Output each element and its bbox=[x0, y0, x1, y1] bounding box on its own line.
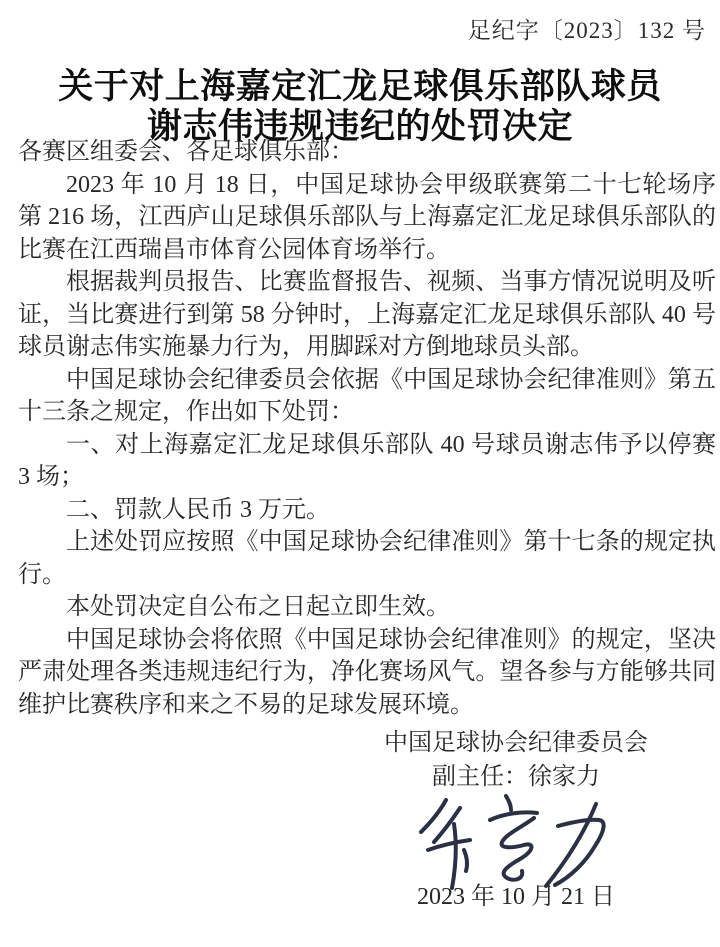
salutation-line: 各赛区组委会、各足球俱乐部： bbox=[18, 136, 716, 169]
paragraph-enforcement-rule: 上述处罚应按照《中国足球协会纪律准则》第十七条的规定执行。 bbox=[18, 526, 716, 591]
paragraph-effective-date: 本处罚决定自公布之日起立即生效。 bbox=[18, 591, 716, 624]
disciplinary-decision-document: 足纪字〔2023〕132 号 关于对上海嘉定汇龙足球俱乐部队球员 谢志伟违规违纪… bbox=[0, 0, 720, 947]
paragraph-penalty-item-1: 一、对上海嘉定汇龙足球俱乐部队 40 号球员谢志伟予以停赛 3 场； bbox=[18, 429, 716, 494]
document-title-line-1: 关于对上海嘉定汇龙足球俱乐部队球员 bbox=[0, 67, 720, 107]
signature-block: 中国足球协会纪律委员会 副主任：徐家力 2023 年 10 月 21 日 bbox=[366, 726, 666, 912]
handwritten-signature bbox=[366, 794, 666, 892]
document-body: 各赛区组委会、各足球俱乐部： 2023 年 10 月 18 日，中国足球协会甲级… bbox=[18, 136, 716, 912]
document-reference-number: 足纪字〔2023〕132 号 bbox=[468, 12, 706, 45]
signing-organization: 中国足球协会纪律委员会 bbox=[366, 726, 666, 760]
paragraph-violation-description: 根据裁判员报告、比赛监督报告、视频、当事方情况说明及听证，当比赛进行到第 58 … bbox=[18, 266, 716, 364]
paragraph-closing-statement: 中国足球协会将依照《中国足球协会纪律准则》的规定，坚决严肃处理各类违规违纪行为，… bbox=[18, 624, 716, 722]
paragraph-ruling-basis: 中国足球协会纪律委员会依据《中国足球协会纪律准则》第五十三条之规定，作出如下处罚… bbox=[18, 364, 716, 429]
paragraph-penalty-item-2: 二、罚款人民币 3 万元。 bbox=[18, 494, 716, 527]
paragraph-match-facts: 2023 年 10 月 18 日，中国足球协会甲级联赛第二十七轮场序第 216 … bbox=[18, 169, 716, 267]
signer-title-and-name: 副主任：徐家力 bbox=[366, 760, 666, 794]
signature-ink-icon bbox=[400, 794, 632, 890]
